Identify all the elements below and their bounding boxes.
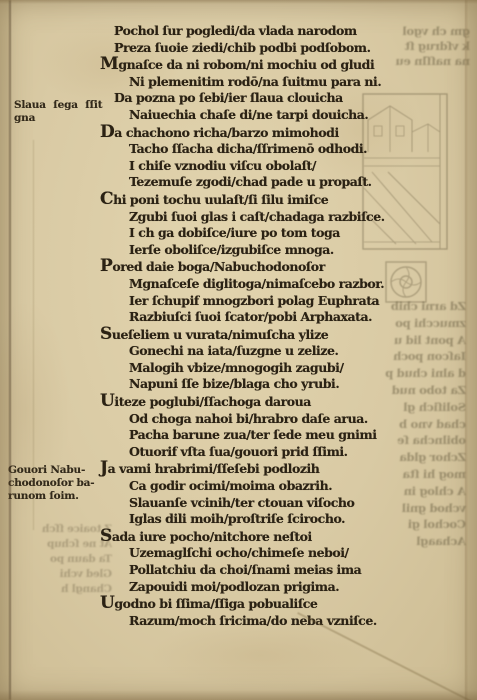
poem-line: Tezemuſe zgodi/chad pade u propaſt. (129, 174, 445, 191)
poem-line: Od choga nahoi bi/hrabro daſe arua. (129, 411, 445, 428)
marginal-note-line: Gouori Nabu- (8, 464, 94, 477)
poem-line: Preza ſuoie ziedi/chib podbi podſobom. (114, 40, 445, 57)
page-right-edge (467, 0, 477, 700)
marginal-note-govori: Gouori Nabu-chodonoſor ba-runom ſoim. (8, 464, 94, 502)
poem-line: Iglas dili moih/proſtriſe ſcirocho. (129, 511, 445, 528)
poem-line: Slauanſe vcinih/ter ctouan viſocho (129, 495, 445, 512)
marginal-note-line: Slaua ſega ſſit (14, 99, 102, 112)
poem-line: Ierſe oboliſce/izgubiſce mnoga. (129, 242, 445, 259)
poem-line: Sueſeliem u vurata/nimuſcha ylize (100, 326, 445, 344)
poem-line: Pacha barune zua/ter ſede meu gnimi (129, 427, 445, 444)
page-left-edge (0, 0, 9, 700)
marginal-note-line: runom ſoim. (8, 490, 94, 503)
poem-line: Razum/moch ſricima/do neba vzniſce. (129, 613, 445, 630)
poem-line: Ja vami hrabrimi/ſſeſebi podlozih (100, 460, 445, 478)
verso-bleed-row: Ta daun po (12, 552, 112, 567)
poem-line: Zgubi ſuoi glas i caſt/chadaga razbiſce. (129, 209, 445, 226)
verso-bleed-row: Changl h (12, 582, 112, 597)
poem-line: Razbiuſci ſuoi ſcator/pobi Arphaxata. (129, 309, 445, 326)
poem-line: Pollatchiu da choi/ſnami meias ima (129, 562, 445, 579)
poem-line: Da pozna po ſebi/ier ſlaua clouicha (114, 90, 445, 107)
poem-line: Mgnaſce da ni robom/ni mochiu od gludi (100, 56, 445, 74)
poem-line: Sada iure pocho/nitchore neſtoi (100, 528, 445, 546)
poem-line: Ni plemenitim rodō/na ſuitmu para ni. (129, 74, 445, 91)
poem-line: Tacho ſſacha dicha/ſſrimenō odhodi. (129, 141, 445, 158)
book-page-scan: gm ch vgolk vſdrug ſtna naſſln eu Zd arn… (0, 0, 477, 700)
verso-bleed-text-left: Z toaice ſſchAt ne ſchupTa daun poGled v… (12, 522, 112, 597)
poem-line: Otuorif vſta ſua/gouori prid ſſimi. (129, 444, 445, 461)
poem-line: Ier ſchupif mnogzbori polag Euphrata (129, 293, 445, 310)
gutter-fold-line (9, 0, 11, 700)
poem-line: Napuni ſſe bize/blaga cho yrubi. (129, 376, 445, 393)
poem-line: Naiuechia chaſe di/ne tarpi douicha. (129, 107, 445, 124)
marginal-note-slava: Slaua ſega ſſitgna (14, 99, 102, 125)
poem-line: Mgnaſceſe diglitoga/nimaſcebo razbor. (129, 276, 445, 293)
poem-text-block: Pochol ſur pogledi/da vlada narodomPreza… (100, 23, 445, 629)
poem-line: Uiteze poglubi/ſſachoga daroua (100, 393, 445, 411)
marginal-note-line: gna (14, 112, 102, 125)
poem-line: Ugodno bi ſſima/ſſiga pobualiſce (100, 595, 445, 613)
poem-line: Pochol ſur pogledi/da vlada narodom (114, 23, 445, 40)
verso-bleed-row: Gled vchi (12, 567, 112, 582)
paper-stain (150, 620, 370, 690)
poem-line: Da chachono richa/barzo mimohodi (100, 124, 445, 142)
marginal-note-line: chodonoſor ba- (8, 477, 94, 490)
verso-bleed-row: Z toaice ſſch (12, 522, 112, 537)
poem-line: Ca godir ocimi/moima obazrih. (129, 478, 445, 495)
poem-line: I chiſe vznodiu viſcu obolaſt/ (129, 158, 445, 175)
poem-line: Pored daie boga/Nabuchodonoſor (100, 258, 445, 276)
poem-line: Uzemaglſchi ocho/chimeſe neboi/ (129, 545, 445, 562)
poem-line: Gonechi na iata/ſuzgne u zelize. (129, 343, 445, 360)
page-top-edge (0, 0, 477, 4)
verso-bleed-row: At ne ſchup (12, 537, 112, 552)
poem-line: Malogih vbize/mnogogih zagubi/ (129, 360, 445, 377)
poem-line: Zapouidi moi/podlozan prigima. (129, 579, 445, 596)
poem-line: Chi poni tochu uulaſt/ſi ſilu imiſce (100, 191, 445, 209)
poem-line: I ch ga dobiſce/iure po tom toga (129, 225, 445, 242)
page-bottom-edge (0, 690, 477, 700)
